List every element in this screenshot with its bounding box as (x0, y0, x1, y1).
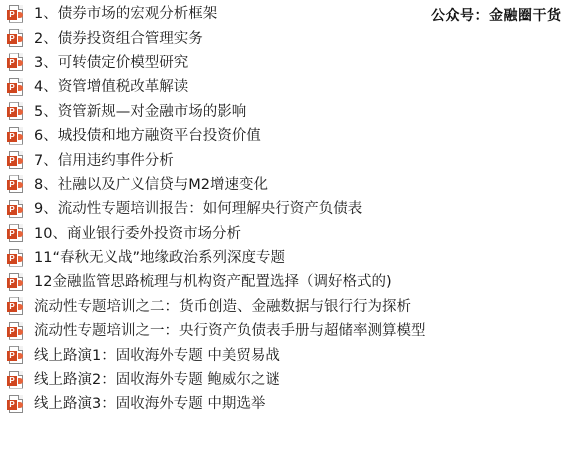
powerpoint-file-icon: P (7, 175, 24, 194)
file-item[interactable]: P 5、资管新规—对金融市场的影响 (0, 100, 426, 124)
powerpoint-file-icon: P (7, 127, 24, 146)
file-item[interactable]: P 流动性专题培训之一：央行资产负债表手册与超储率测算模型 (0, 319, 426, 343)
file-item[interactable]: P 10、商业银行委外投资市场分析 (0, 222, 426, 246)
powerpoint-file-icon: P (7, 5, 24, 24)
powerpoint-file-icon: P (7, 273, 24, 292)
powerpoint-file-icon: P (7, 322, 24, 341)
file-name: 线上路演3：固收海外专题 中期选举 (34, 394, 265, 414)
powerpoint-file-icon: P (7, 371, 24, 390)
powerpoint-file-icon: P (7, 346, 24, 365)
file-name: 10、商业银行委外投资市场分析 (34, 224, 241, 244)
file-item[interactable]: P 12金融监管思路梳理与机构资产配置选择（调好格式的) (0, 270, 426, 294)
file-name: 9、流动性专题培训报告：如何理解央行资产负债表 (34, 199, 362, 219)
file-name: 2、债券投资组合管理实务 (34, 29, 203, 49)
file-name: 3、可转债定价模型研究 (34, 53, 188, 73)
file-name: 11“春秋无义战”地缘政治系列深度专题 (34, 248, 285, 268)
file-item[interactable]: P 6、城投债和地方融资平台投资价值 (0, 124, 426, 148)
file-item[interactable]: P 8、社融以及广义信贷与M2增速变化 (0, 173, 426, 197)
powerpoint-file-icon: P (7, 78, 24, 97)
file-item[interactable]: P 流动性专题培训之二：货币创造、金融数据与银行行为探析 (0, 295, 426, 319)
file-item[interactable]: P 3、可转债定价模型研究 (0, 51, 426, 75)
file-name: 7、信用违约事件分析 (34, 151, 174, 171)
file-item[interactable]: P 7、信用违约事件分析 (0, 148, 426, 172)
file-item[interactable]: P 线上路演3：固收海外专题 中期选举 (0, 392, 426, 416)
watermark-text: 公众号：金融圈干货 (431, 5, 562, 25)
file-name: 12金融监管思路梳理与机构资产配置选择（调好格式的) (34, 272, 392, 292)
powerpoint-file-icon: P (7, 102, 24, 121)
file-name: 5、资管新规—对金融市场的影响 (34, 102, 246, 122)
file-name: 线上路演1：固收海外专题 中美贸易战 (34, 346, 280, 366)
file-name: 6、城投债和地方融资平台投资价值 (34, 126, 261, 146)
file-item[interactable]: P 线上路演2：固收海外专题 鲍威尔之谜 (0, 368, 426, 392)
file-name: 流动性专题培训之一：央行资产负债表手册与超储率测算模型 (34, 321, 426, 341)
powerpoint-file-icon: P (7, 395, 24, 414)
file-item[interactable]: P 2、债券投资组合管理实务 (0, 26, 426, 50)
file-item[interactable]: P 11“春秋无义战”地缘政治系列深度专题 (0, 246, 426, 270)
file-name: 1、债券市场的宏观分析框架 (34, 4, 217, 24)
file-name: 流动性专题培训之二：货币创造、金融数据与银行行为探析 (34, 297, 411, 317)
powerpoint-file-icon: P (7, 297, 24, 316)
powerpoint-file-icon: P (7, 224, 24, 243)
file-item[interactable]: P 4、资管增值税改革解读 (0, 75, 426, 99)
file-item[interactable]: P 1、债券市场的宏观分析框架 (0, 2, 426, 26)
file-name: 4、资管增值税改革解读 (34, 77, 188, 97)
file-name: 8、社融以及广义信贷与M2增速变化 (34, 175, 268, 195)
file-item[interactable]: P 线上路演1：固收海外专题 中美贸易战 (0, 343, 426, 367)
powerpoint-file-icon: P (7, 249, 24, 268)
file-list: P 1、债券市场的宏观分析框架 P 2、债券投资组合管理实务 P 3、可转债定价… (0, 2, 426, 417)
powerpoint-file-icon: P (7, 200, 24, 219)
file-item[interactable]: P 9、流动性专题培训报告：如何理解央行资产负债表 (0, 197, 426, 221)
powerpoint-file-icon: P (7, 151, 24, 170)
file-name: 线上路演2：固收海外专题 鲍威尔之谜 (34, 370, 280, 390)
powerpoint-file-icon: P (7, 53, 24, 72)
powerpoint-file-icon: P (7, 29, 24, 48)
